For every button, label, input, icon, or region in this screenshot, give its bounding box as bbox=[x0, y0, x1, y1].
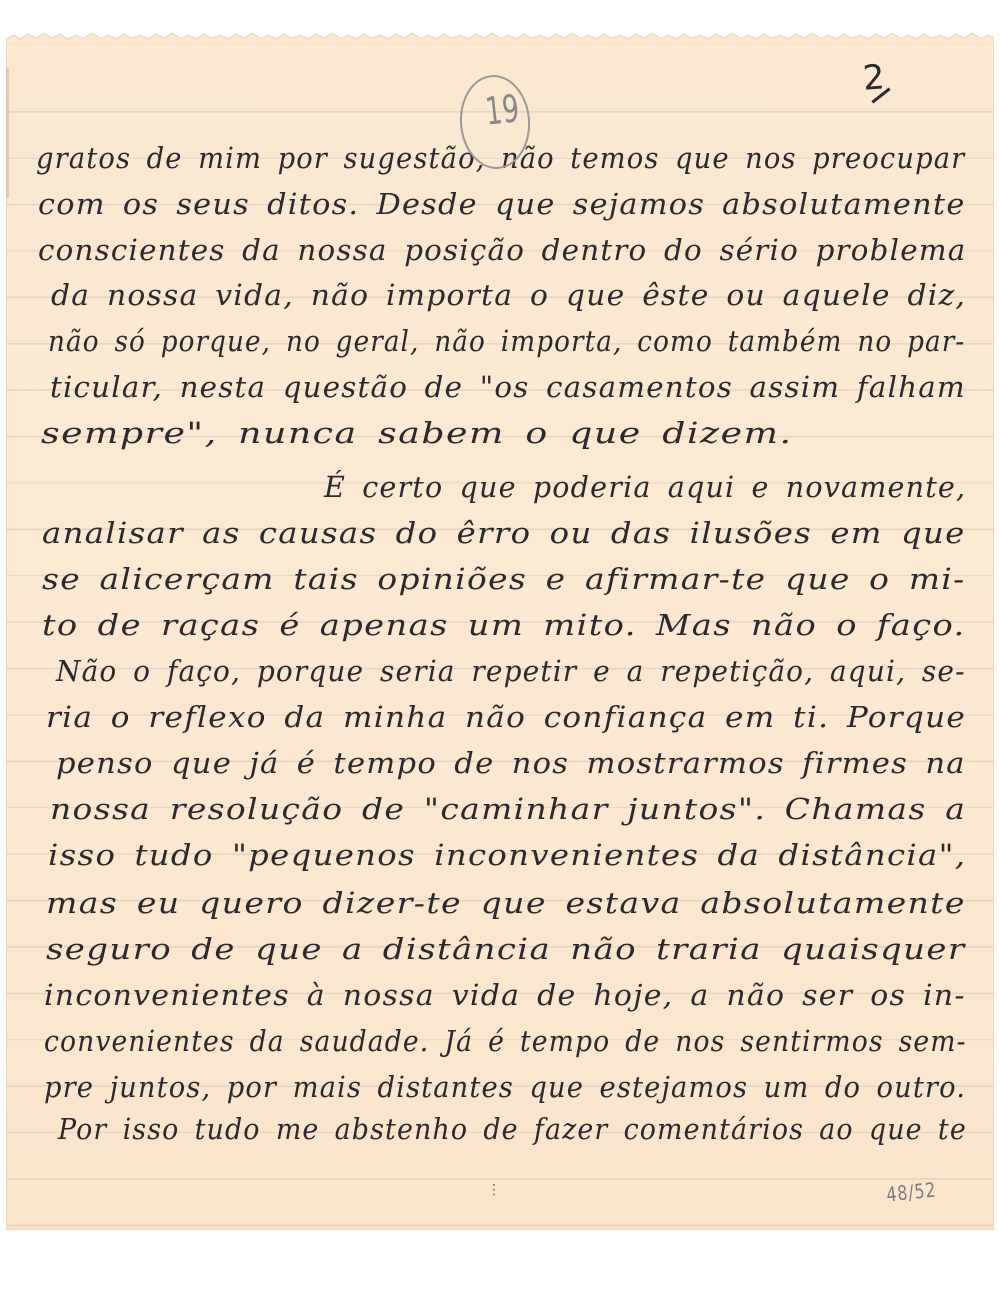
letter-line: ria o reflexo da minha não confiança em … bbox=[46, 700, 966, 734]
letter-line: com os seus ditos. Desde que sejamos abs… bbox=[38, 187, 966, 221]
letter-line: mas eu quero dizer-te que estava absolut… bbox=[46, 886, 966, 920]
letter-line: da nossa vida, não importa o que êste ou… bbox=[51, 278, 966, 312]
letter-line: penso que já é tempo de nos mostrarmos f… bbox=[56, 746, 966, 780]
letter-line: Não o faço, porque seria repetir e a rep… bbox=[56, 654, 966, 688]
letter-line: convenientes da saudade. Já é tempo de n… bbox=[44, 1024, 967, 1058]
letter-line: Por isso tudo me abstenho de fazer comen… bbox=[58, 1112, 967, 1146]
letter-line: pre juntos, por mais distantes que estej… bbox=[44, 1070, 966, 1104]
letter-line: seguro de que a distância não traria qua… bbox=[46, 932, 965, 966]
letter-line: conscientes da nossa posição dentro do s… bbox=[38, 233, 966, 267]
letter-line: não só porque, no geral, não importa, co… bbox=[48, 324, 965, 358]
letter-line: analisar as causas do êrro ou das ilusõe… bbox=[42, 516, 966, 550]
letter-line: nossa resolução de "caminhar juntos". Ch… bbox=[50, 792, 966, 826]
letter-line: isso tudo "pequenos inconvenientes da di… bbox=[48, 838, 966, 872]
letter-line: inconvenientes à nossa vida de hoje, a n… bbox=[44, 978, 966, 1012]
torn-paper-edge bbox=[6, 30, 994, 44]
letter-line: to de raças é apenas um mito. Mas não o … bbox=[42, 608, 966, 642]
stray-ink-mark: ⋮ bbox=[487, 1182, 501, 1198]
letter-page: gratos de mim por sugestão, não temos qu… bbox=[6, 38, 994, 1230]
folio-number: 19 bbox=[483, 86, 521, 133]
letter-line: sempre", nunca sabem o que dizem. bbox=[41, 416, 793, 450]
letter-line: se alicerçam tais opiniões e afirmar-te … bbox=[42, 562, 966, 596]
letter-body: gratos de mim por sugestão, não temos qu… bbox=[6, 38, 994, 1230]
letter-line: É certo que poderia aqui e novamente, bbox=[324, 470, 966, 504]
letter-line: ticular, nesta questão de "os casamentos… bbox=[50, 370, 966, 404]
